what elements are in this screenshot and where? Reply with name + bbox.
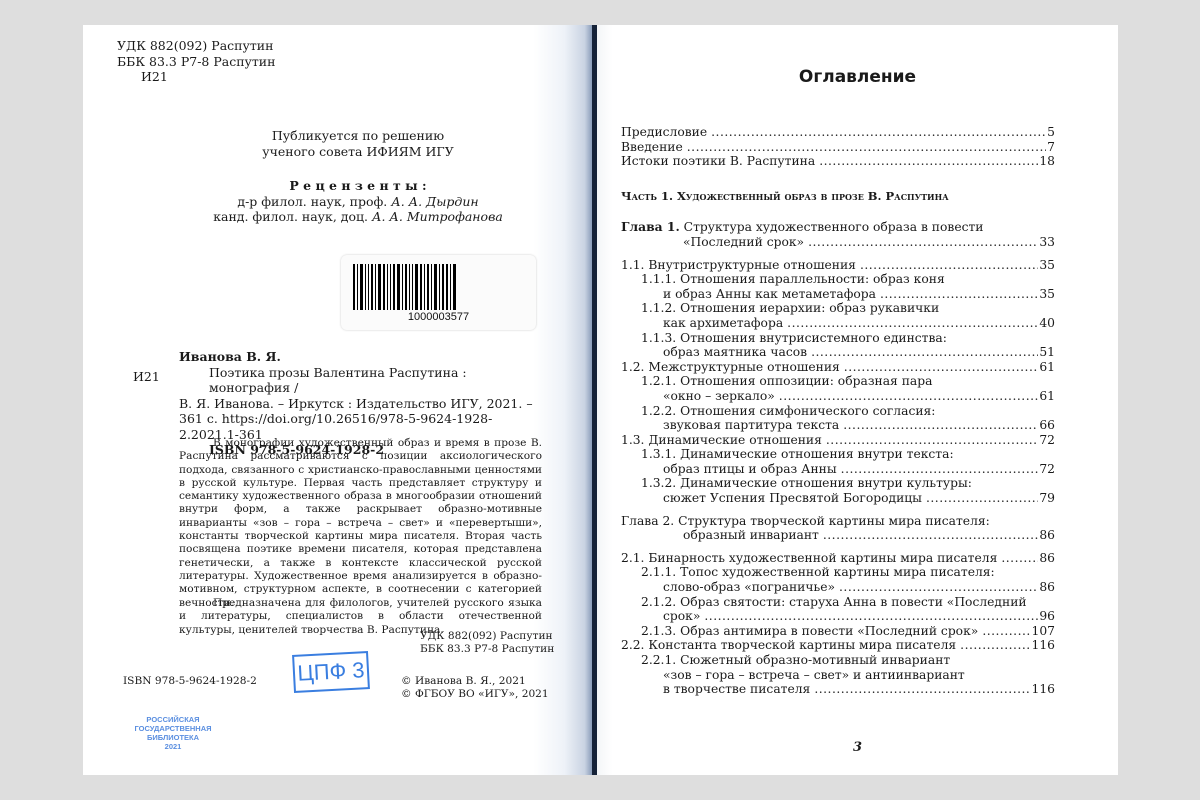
toc-entry-title: звуковая партитура текста [663,418,839,433]
toc-entry-title: 1.3. Динамические отношения [621,433,822,448]
toc-entry[interactable]: как архиметафора40 [621,316,1055,331]
toc-entry[interactable]: «зов – гора – встреча – свет» и антиинва… [621,668,1055,683]
toc-entry[interactable]: 2.1.3. Образ антимира в повести «Последн… [621,624,1055,639]
abstract: В монографии художественный образ и врем… [179,437,542,610]
toc-entry[interactable]: 1.1.2. Отношения иерархии: образ рукавич… [621,301,1055,316]
toc-entry-title: «Последний срок» [683,235,804,250]
toc-entry-title: 2.1. Бинарность художественной картины м… [621,551,997,566]
toc-entry[interactable]: 2.1. Бинарность художественной картины м… [621,551,1055,566]
toc-entry-title: 2.1.1. Топос художественной картины мира… [641,565,995,579]
right-page-toc: Оглавление Предисловие5 Введение7 Истоки… [597,25,1118,775]
toc-entry[interactable]: и образ Анны как метаметафора35 [621,287,1055,302]
udk-line: УДК 882(092) Распутин [420,630,554,643]
bbk-line: ББК 83.3 Р7-8 Распутин [117,54,275,70]
toc-entry-title: 1.3.2. Динамические отношения внутри кул… [641,476,972,490]
toc-page-number: 40 [1039,316,1055,331]
toc-chapter[interactable]: Глава 2. Структура творческой картины ми… [621,514,1055,529]
toc-page-number: 61 [1039,360,1055,375]
barcode-number: 1000003577 [341,311,536,323]
library-stamp-line: ГОСУДАРСТВЕННАЯ [123,724,223,733]
toc-page-number: 72 [1039,433,1055,448]
toc-entry[interactable]: звуковая партитура текста66 [621,418,1055,433]
toc-entry[interactable]: 2.1.1. Топос художественной картины мира… [621,565,1055,580]
toc-page-number: 116 [1032,638,1055,653]
toc-entry[interactable]: в творчестве писателя116 [621,682,1055,697]
toc-page-number: 86 [1039,528,1055,543]
toc-entry[interactable]: образ птицы и образ Анны72 [621,462,1055,477]
toc-entry-title: Введение [621,140,683,155]
toc-entry-title: Структура художественного образа в повес… [680,220,984,234]
page-number: 3 [597,740,1118,755]
toc-entry[interactable]: 1.3.1. Динамические отношения внутри тек… [621,447,1055,462]
stamp-cpf: ЦПФ 3 [292,651,370,693]
toc-entry[interactable]: Истоки поэтики В. Распутина18 [621,154,1055,169]
toc-entry-title: 1.3.1. Динамические отношения внутри тек… [641,447,954,461]
toc-page-number: 7 [1047,140,1055,155]
toc-entry-title: срок» [663,609,700,624]
toc-page-number: 61 [1039,389,1055,404]
toc-entry-title: образ птицы и образ Анны [663,462,837,477]
toc-entry[interactable]: 1.3. Динамические отношения72 [621,433,1055,448]
toc-entry-title: образ маятника часов [663,345,807,360]
reviewer-1: д-р филол. наук, проф. А. А. Дырдин [183,194,533,210]
toc-entry[interactable]: сюжет Успения Пресвятой Богородицы79 [621,491,1055,506]
toc-entry[interactable]: 1.2.1. Отношения оппозиции: образная пар… [621,374,1055,389]
reviewer-degree: д-р филол. наук, проф. [237,194,391,209]
bbk-line: ББК 83.3 Р7-8 Распутин [420,643,554,656]
toc-entry-title: 1.2.2. Отношения симфонического согласия… [641,404,935,418]
toc-entry-title: 1.1.3. Отношения внутрисистемного единст… [641,331,947,345]
reviewer-name: А. А. Дырдин [391,194,478,209]
toc-entry[interactable]: Предисловие5 [621,125,1055,140]
toc-entry[interactable]: Введение7 [621,140,1055,155]
left-page-imprint: УДК 882(092) Распутин ББК 83.3 Р7-8 Расп… [83,25,595,775]
copyright-block: © Иванова В. Я., 2021 © ФГБОУ ВО «ИГУ», … [401,675,549,702]
toc-page-number: 66 [1039,418,1055,433]
toc-entry-title: в творчестве писателя [663,682,810,697]
barcode-icon [353,264,513,310]
toc-entry[interactable]: 1.3.2. Динамические отношения внутри кул… [621,476,1055,491]
reviewer-name: А. А. Митрофанова [372,209,503,224]
toc-page-number: 96 [1039,609,1055,624]
toc-entry[interactable]: «окно – зеркало»61 [621,389,1055,404]
toc-page-number: 33 [1039,235,1055,250]
toc-entry-title: «окно – зеркало» [663,389,775,404]
isbn-footer: ISBN 978-5-9624-1928-2 [123,675,257,688]
publication-note-line: ученого совета ИФИЯМ ИГУ [203,144,513,160]
toc-page-number: 51 [1039,345,1055,360]
table-of-contents: Предисловие5 Введение7 Истоки поэтики В.… [621,125,1055,697]
library-stamp-line: БИБЛИОТЕКА [123,733,223,742]
toc-chapter[interactable]: Глава 1. Структура художественного образ… [621,220,1055,235]
toc-entry-title: Глава 2. Структура творческой картины ми… [621,514,990,528]
udk-header: УДК 882(092) Распутин ББК 83.3 Р7-8 Расп… [117,38,275,85]
toc-page-number: 116 [1032,682,1055,697]
copyright-line: © ФГБОУ ВО «ИГУ», 2021 [401,688,549,701]
publication-note: Публикуется по решению ученого совета ИФ… [203,128,513,159]
toc-entry[interactable]: образ маятника часов51 [621,345,1055,360]
toc-entry-title: 2.1.2. Образ святости: старуха Анна в по… [641,595,1027,609]
barcode-sticker: 1000003577 [341,255,536,330]
toc-entry[interactable]: 1.1.1. Отношения параллельности: образ к… [621,272,1055,287]
toc-page-number: 86 [1039,580,1055,595]
author-mark: И21 [117,69,275,85]
toc-chapter[interactable]: образный инвариант86 [621,528,1055,543]
catalog-code: И21 [133,369,160,385]
toc-page-number: 18 [1039,154,1055,169]
udk-footer: УДК 882(092) Распутин ББК 83.3 Р7-8 Расп… [420,630,554,657]
reviewers-title: Р е ц е н з е н т ы : [183,178,533,194]
toc-page-number: 35 [1039,287,1055,302]
toc-page-number: 107 [1032,624,1055,639]
toc-entry-title: и образ Анны как метаметафора [663,287,876,302]
toc-entry[interactable]: 2.1.2. Образ святости: старуха Анна в по… [621,595,1055,610]
toc-entry-title: 1.2.1. Отношения оппозиции: образная пар… [641,374,932,388]
toc-entry[interactable]: срок»96 [621,609,1055,624]
toc-entry[interactable]: 1.1.3. Отношения внутрисистемного единст… [621,331,1055,346]
toc-entry-title: 2.2. Константа творческой картины мира п… [621,638,956,653]
toc-entry[interactable]: 2.2.1. Сюжетный образно-мотивный инвариа… [621,653,1055,668]
toc-entry[interactable]: 1.1. Внутриструктурные отношения35 [621,258,1055,273]
reviewer-degree: канд. филол. наук, доц. [213,209,372,224]
copyright-line: © Иванова В. Я., 2021 [401,675,549,688]
toc-entry[interactable]: 1.2.2. Отношения симфонического согласия… [621,404,1055,419]
library-stamp: РОССИЙСКАЯ ГОСУДАРСТВЕННАЯ БИБЛИОТЕКА 20… [123,715,223,751]
publication-note-line: Публикуется по решению [203,128,513,144]
toc-sections: 1.1. Внутриструктурные отношения351.1.1.… [621,258,1055,697]
toc-entry-title: 2.1.3. Образ антимира в повести «Последн… [641,624,978,639]
toc-entry-title: слово-образ «пограничье» [663,580,835,595]
library-stamp-line: 2021 [123,742,223,751]
toc-title: Оглавление [597,67,1118,87]
toc-entry[interactable]: 1.2. Межструктурные отношения61 [621,360,1055,375]
toc-page-number: 72 [1039,462,1055,477]
toc-entry-title: 1.2. Межструктурные отношения [621,360,840,375]
chapter-label: Глава 1. [621,219,680,234]
bibliographic-line: В. Я. Иванова. – Иркутск : Издательство … [179,396,551,412]
reviewers-block: Р е ц е н з е н т ы : д-р филол. наук, п… [183,178,533,225]
reviewer-2: канд. филол. наук, доц. А. А. Митрофанов… [183,209,533,225]
toc-entry-title: сюжет Успения Пресвятой Богородицы [663,491,922,506]
toc-entry-title: 1.1.1. Отношения параллельности: образ к… [641,272,945,286]
author-name: Иванова В. Я. [179,349,551,365]
toc-entry[interactable]: слово-образ «пограничье»86 [621,580,1055,595]
toc-entry-title: 2.2.1. Сюжетный образно-мотивный инвариа… [641,653,950,667]
toc-entry-title: как архиметафора [663,316,783,331]
toc-page-number: 86 [1039,551,1055,566]
toc-entry-title: Истоки поэтики В. Распутина [621,154,815,169]
toc-entry-title: «зов – гора – встреча – свет» и антиинва… [663,668,965,682]
bibliographic-line: Поэтика прозы Валентина Распутина : моно… [179,365,551,396]
toc-page-number: 79 [1039,491,1055,506]
library-stamp-line: РОССИЙСКАЯ [123,715,223,724]
toc-page-number: 35 [1039,258,1055,273]
toc-entry[interactable]: 2.2. Константа творческой картины мира п… [621,638,1055,653]
part-heading: Часть 1. Художественный образ в прозе В.… [621,189,1055,204]
udk-line: УДК 882(092) Распутин [117,38,275,54]
toc-entry-title: образный инвариант [683,528,819,543]
toc-entry[interactable]: «Последний срок»33 [621,235,1055,250]
toc-page-number: 5 [1047,125,1055,140]
toc-entry-title: Предисловие [621,125,707,140]
toc-entry-title: 1.1. Внутриструктурные отношения [621,258,856,273]
toc-entry-title: 1.1.2. Отношения иерархии: образ рукавич… [641,301,939,315]
